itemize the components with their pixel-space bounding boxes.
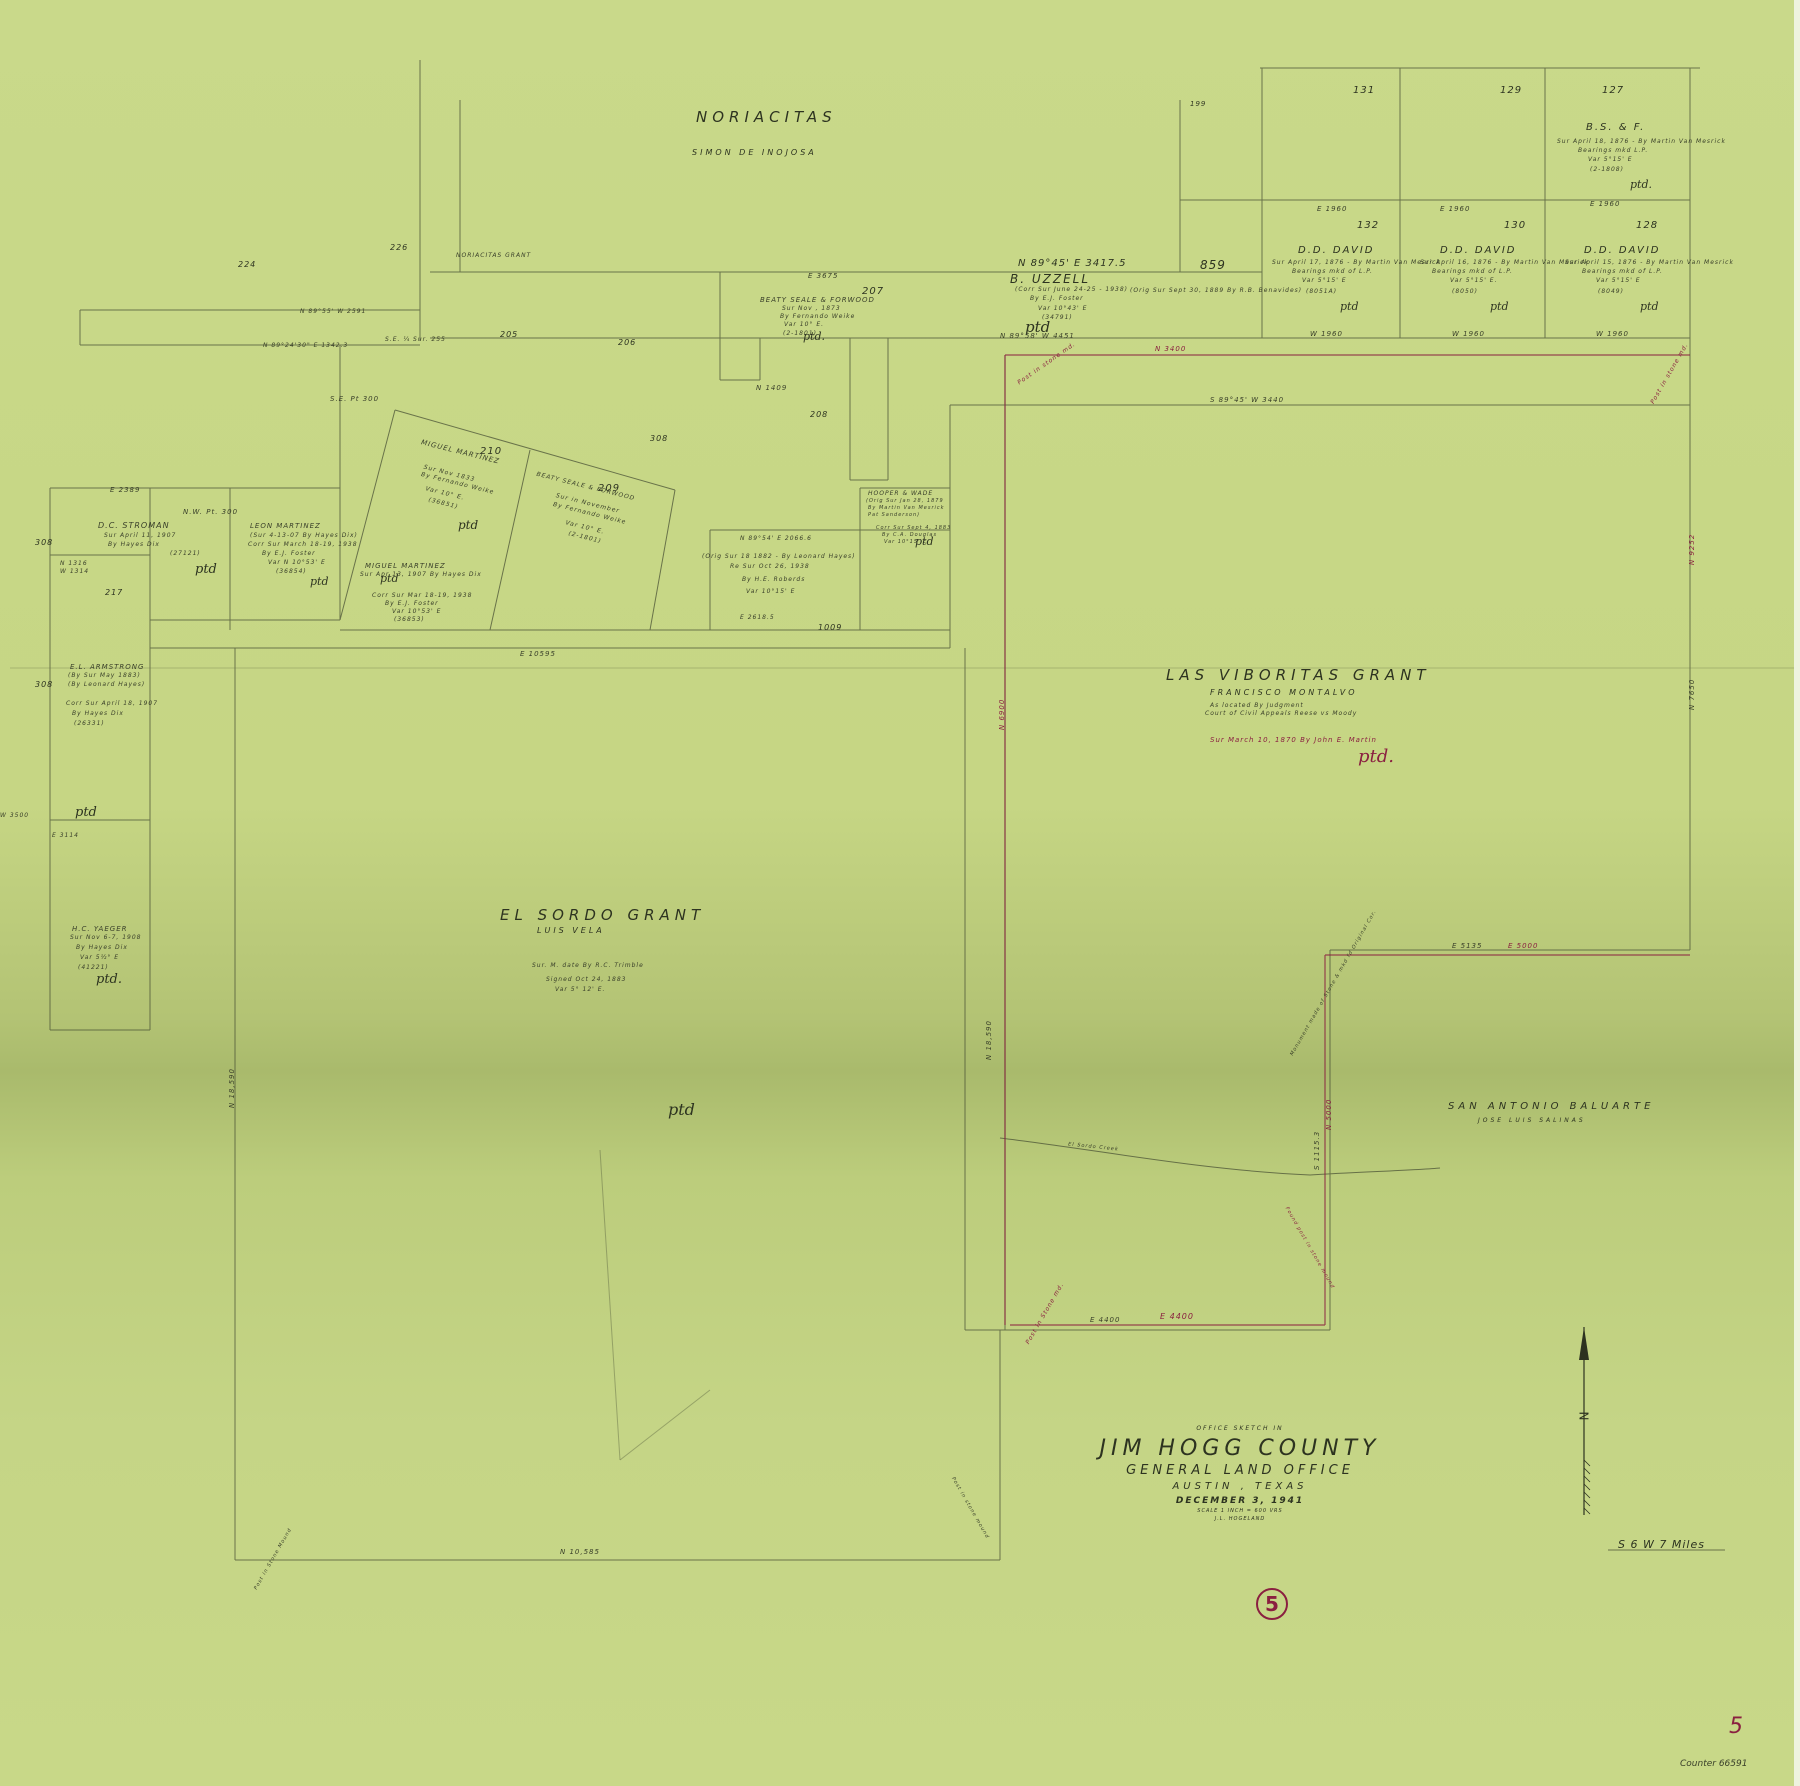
survey-note: (8051A) [1306, 288, 1337, 295]
section-number: 208 [810, 410, 828, 419]
bearing-label: N 10,585 [560, 1548, 600, 1556]
survey-note: (By Sur May 1883) [68, 672, 141, 679]
patented-mark: ptd [1640, 300, 1659, 313]
survey-note: Pat Sanderson) [868, 512, 920, 518]
bearing-label: S 1115.3 [1313, 1131, 1321, 1170]
bearing-label: N 5000 [1325, 1099, 1333, 1130]
section-number: 224 [238, 260, 256, 269]
grant-survey-note: Sur March 10, 1870 By John E. Martin [1210, 736, 1377, 744]
grant-note: Court of Civil Appeals Reese vs Moody [1205, 710, 1357, 717]
bearing-label: N 1409 [756, 384, 787, 392]
grant-name-las-viboritas: LAS VIBORITAS GRANT [1166, 666, 1431, 684]
bearing-label: S.E. ¼ Sur. 255 [385, 336, 446, 343]
patented-mark: ptd [310, 575, 329, 588]
survey-note: By E.J. Foster [262, 550, 316, 557]
survey-note: Sur April 18, 1876 - By Martin Van Mesri… [1557, 138, 1726, 145]
survey-note: Bearings mkd of L.P. [1432, 268, 1513, 275]
section-number: 129 [1500, 85, 1522, 96]
bearing-label: N 18,590 [228, 1068, 236, 1108]
patented-mark: ptd [75, 805, 97, 820]
title-date: DECEMBER 3, 1941 [1090, 1496, 1390, 1506]
survey-note: (36853) [394, 616, 425, 623]
patented-mark: ptd [380, 572, 399, 585]
section-number: 127 [1602, 85, 1624, 96]
survey-note: By Hayes Dix [76, 944, 128, 951]
bearing-label: E 1960 [1440, 205, 1470, 213]
survey-note: By Fernando Weike [780, 313, 855, 320]
patented-mark: ptd [915, 535, 934, 548]
section-number: 205 [500, 330, 518, 339]
section-number: 308 [650, 434, 668, 443]
survey-owner-dc-stroman: D.C. STROMAN [98, 521, 170, 530]
patented-mark: ptd [1490, 300, 1509, 313]
survey-note: (8049) [1598, 288, 1624, 295]
survey-note: Corr Sur Mar 18-19, 1938 [372, 592, 472, 599]
grantee-san-antonio-baluarte: JOSE LUIS SALINAS [1478, 1117, 1586, 1124]
survey-owner-leon-martinez: LEON MARTINEZ [250, 522, 321, 530]
survey-note: Sur Apr 13, 1907 By Hayes Dix [360, 571, 482, 578]
section-number: 130 [1504, 220, 1526, 231]
section-number: 132 [1357, 220, 1379, 231]
bearing-label: N 7650 [1688, 679, 1696, 710]
grantee-el-sordo: LUIS VELA [537, 926, 605, 935]
survey-note: Var 5°15' E [1588, 156, 1633, 163]
title-office: GENERAL LAND OFFICE [1090, 1463, 1390, 1478]
section-number: 1009 [818, 623, 842, 632]
survey-note: By Hayes Dix [72, 710, 124, 717]
survey-note: By E.J. Foster [385, 600, 439, 607]
section-number: 131 [1353, 85, 1375, 96]
survey-note: (By Leonard Hayes) [68, 681, 145, 688]
survey-note: Var 10°15' E [746, 588, 795, 595]
survey-note: Corr Sur Sept 4, 1883 [876, 525, 951, 531]
survey-owner-dd-david: D.D. DAVID [1584, 245, 1660, 256]
survey-owner-beaty-seale-forwood: BEATY SEALE & FORWOOD [760, 296, 875, 304]
patented-mark: ptd [668, 1100, 695, 1119]
section-number: 308 [35, 538, 53, 547]
survey-owner-hooper-wade: HOOPER & WADE [868, 490, 933, 497]
survey-note: By Martin Van Mesrick [868, 505, 945, 511]
survey-owner-miguel-martinez: MIGUEL MARTINEZ [365, 562, 446, 570]
bearing-label: N 9252 [1688, 534, 1696, 565]
bearing-label: E 2389 [110, 486, 140, 494]
section-number: 206 [618, 338, 636, 347]
survey-note: Corr Sur March 18-19, 1938 [248, 541, 358, 548]
survey-note: (Sur 4-13-07 By Hayes Dix) [250, 532, 358, 539]
title-office-sketch: OFFICE SKETCH IN [1090, 1425, 1390, 1432]
patented-mark: ptd. [96, 972, 122, 987]
bearing-label: N 89°54' E 2066.6 [740, 535, 812, 542]
bearing-label: E 4400 [1090, 1316, 1120, 1324]
bearing-label: W 1960 [1596, 330, 1629, 338]
grant-note: Var 5° 12' E. [555, 986, 605, 993]
survey-note: Bearings mkd of L.P. [1292, 268, 1373, 275]
bearing-label: W 1314 [60, 568, 89, 575]
bearing-label: W 1960 [1452, 330, 1485, 338]
bearing-label: N 1316 [60, 560, 88, 567]
patented-mark: ptd [458, 518, 478, 532]
survey-owner-dd-david: D.D. DAVID [1298, 245, 1374, 256]
bearing-label: W 3500 [0, 812, 29, 819]
survey-owner-dd-david: D.D. DAVID [1440, 245, 1516, 256]
noriacitas-grant-note: NORIACITAS GRANT [456, 252, 531, 259]
survey-note: (Orig Sur Jan 28, 1879 [866, 498, 944, 504]
map-sheet: NORIACITAS SIMON DE INOJOSA LAS VIBORITA… [0, 0, 1800, 1786]
survey-note: Var 10°53' E [392, 608, 441, 615]
grant-name-el-sordo: EL SORDO GRANT [500, 906, 705, 924]
survey-note: Var 5°15' E [1596, 277, 1641, 284]
bearing-label: E 3675 [808, 272, 838, 280]
sheet-number: 5 [1729, 1714, 1743, 1739]
bearing-label: S 89°45' W 3440 [1210, 396, 1284, 404]
title-block: OFFICE SKETCH IN JIM HOGG COUNTY GENERAL… [1090, 1425, 1390, 1522]
bearing-label: E 5135 [1452, 942, 1482, 950]
survey-note: Sur April 17, 1876 - By Martin Van Mesri… [1272, 259, 1441, 266]
survey-note: Sur April 15, 1876 - By Martin Van Mesri… [1565, 259, 1734, 266]
grantee-noriacitas: SIMON DE INOJOSA [692, 148, 817, 157]
grantee-las-viboritas: FRANCISCO MONTALVO [1210, 688, 1358, 697]
bearing-label: E 3114 [52, 832, 79, 839]
bearing-label: E 5000 [1508, 942, 1538, 950]
bearing-label: N 89°45' E 3417.5 [1018, 258, 1127, 269]
survey-note: Sur Nov , 1873 [782, 305, 841, 312]
bearing-label: W 1960 [1310, 330, 1343, 338]
patented-mark: ptd. [1358, 746, 1394, 767]
bearing-label: N 18,590 [985, 1020, 993, 1060]
section-number: 217 [105, 588, 123, 597]
survey-note: Var 5°15' E [1302, 277, 1347, 284]
bearing-label: E 4400 [1160, 1312, 1194, 1321]
patented-mark: ptd [1340, 300, 1359, 313]
title-scale: SCALE 1 INCH = 600 VRS [1090, 1508, 1390, 1514]
grant-note: Signed Oct 24, 1883 [546, 976, 627, 983]
bearing-label: N 89°58' W 4451 [1000, 332, 1075, 340]
bearing-label: E 1960 [1317, 205, 1347, 213]
survey-boundary-lines [0, 0, 1800, 1786]
survey-note: By Hayes Dix [108, 541, 160, 548]
survey-note: Var N 10°53' E [268, 559, 326, 566]
patented-mark: ptd. [803, 330, 825, 343]
distance-note: S 6 W 7 Miles [1618, 1538, 1705, 1551]
catalog-number: Counter 66591 [1680, 1759, 1747, 1769]
section-number: 128 [1636, 220, 1658, 231]
survey-note: By E.J. Foster [1030, 295, 1084, 302]
section-number: 859 [1200, 258, 1226, 272]
north-label: N [1576, 1412, 1590, 1423]
survey-note: (27121) [170, 550, 201, 557]
survey-owner-el-armstrong: E.L. ARMSTRONG [70, 663, 144, 671]
bearing-label: N 89°55' W 2591 [300, 308, 366, 315]
grant-note: As located By Judgment [1210, 702, 1304, 709]
section-number: 199 [1190, 100, 1206, 108]
survey-note: Var 5°15' E. [1450, 277, 1497, 284]
survey-note: Sur April 16, 1876 - By Martin Van Mesri… [1420, 259, 1589, 266]
survey-note: Var 10°43' E [1038, 305, 1087, 312]
survey-note: (26331) [74, 720, 105, 727]
bearing-label: N.W. Pt. 300 [183, 508, 238, 516]
section-number: 308 [35, 680, 53, 689]
title-county: JIM HOGG COUNTY [1090, 1436, 1390, 1461]
survey-note: Bearings mkd L.P. [1578, 147, 1648, 154]
survey-note: Bearings mkd of L.P. [1582, 268, 1663, 275]
survey-note: (8050) [1452, 288, 1478, 295]
grant-note: Sur. M. date By R.C. Trimble [532, 962, 644, 969]
survey-note: Sur April 11, 1907 [104, 532, 176, 539]
grant-name-san-antonio-baluarte: SAN ANTONIO BALUARTE [1448, 1101, 1654, 1112]
survey-note: (Corr Sur June 24-25 - 1938) [1015, 286, 1128, 293]
bearing-label: S.E. Pt 300 [330, 395, 379, 403]
bearing-label: E 1960 [1590, 200, 1620, 208]
bearing-label: N 6900 [998, 699, 1006, 730]
survey-owner-bsf: B.S. & F. [1586, 122, 1645, 133]
patented-mark: ptd. [1630, 178, 1652, 191]
survey-note: (36854) [276, 568, 307, 575]
bearing-label: N 3400 [1155, 345, 1186, 353]
survey-note: (41221) [78, 964, 109, 971]
survey-note: Var 5½° E [80, 954, 119, 961]
survey-note: Corr Sur April 18, 1907 [66, 700, 158, 707]
survey-note: Re Sur Oct 26, 1938 [730, 563, 810, 570]
title-drawn-by: J.L. HOGELAND [1090, 1516, 1390, 1522]
bearing-label: E 2618.5 [740, 614, 775, 621]
survey-note: By H.E. Roberds [742, 576, 805, 583]
patented-mark: ptd [195, 562, 217, 577]
section-number: 226 [390, 243, 408, 252]
survey-note: (2-1808) [1590, 166, 1624, 173]
bearing-label: N 89°24'30" E 1342.3 [263, 342, 348, 349]
survey-note: (Orig Sur Sept 30, 1889 By R.B. Benavide… [1130, 287, 1302, 294]
survey-owner-uzzell: B. UZZELL [1010, 272, 1090, 286]
circled-number-stamp: 5 [1256, 1588, 1288, 1620]
bearing-label: E 10595 [520, 650, 556, 658]
title-location: AUSTIN , TEXAS [1090, 1481, 1390, 1492]
survey-note: Sur Nov 6-7, 1908 [70, 934, 142, 941]
survey-owner-hc-yaeger: H.C. YAEGER [72, 925, 127, 933]
survey-note: (Orig Sur 18 1882 - By Leonard Hayes) [702, 553, 856, 560]
grant-name-noriacitas: NORIACITAS [696, 108, 837, 126]
survey-note: Var 10° E. [784, 321, 824, 328]
